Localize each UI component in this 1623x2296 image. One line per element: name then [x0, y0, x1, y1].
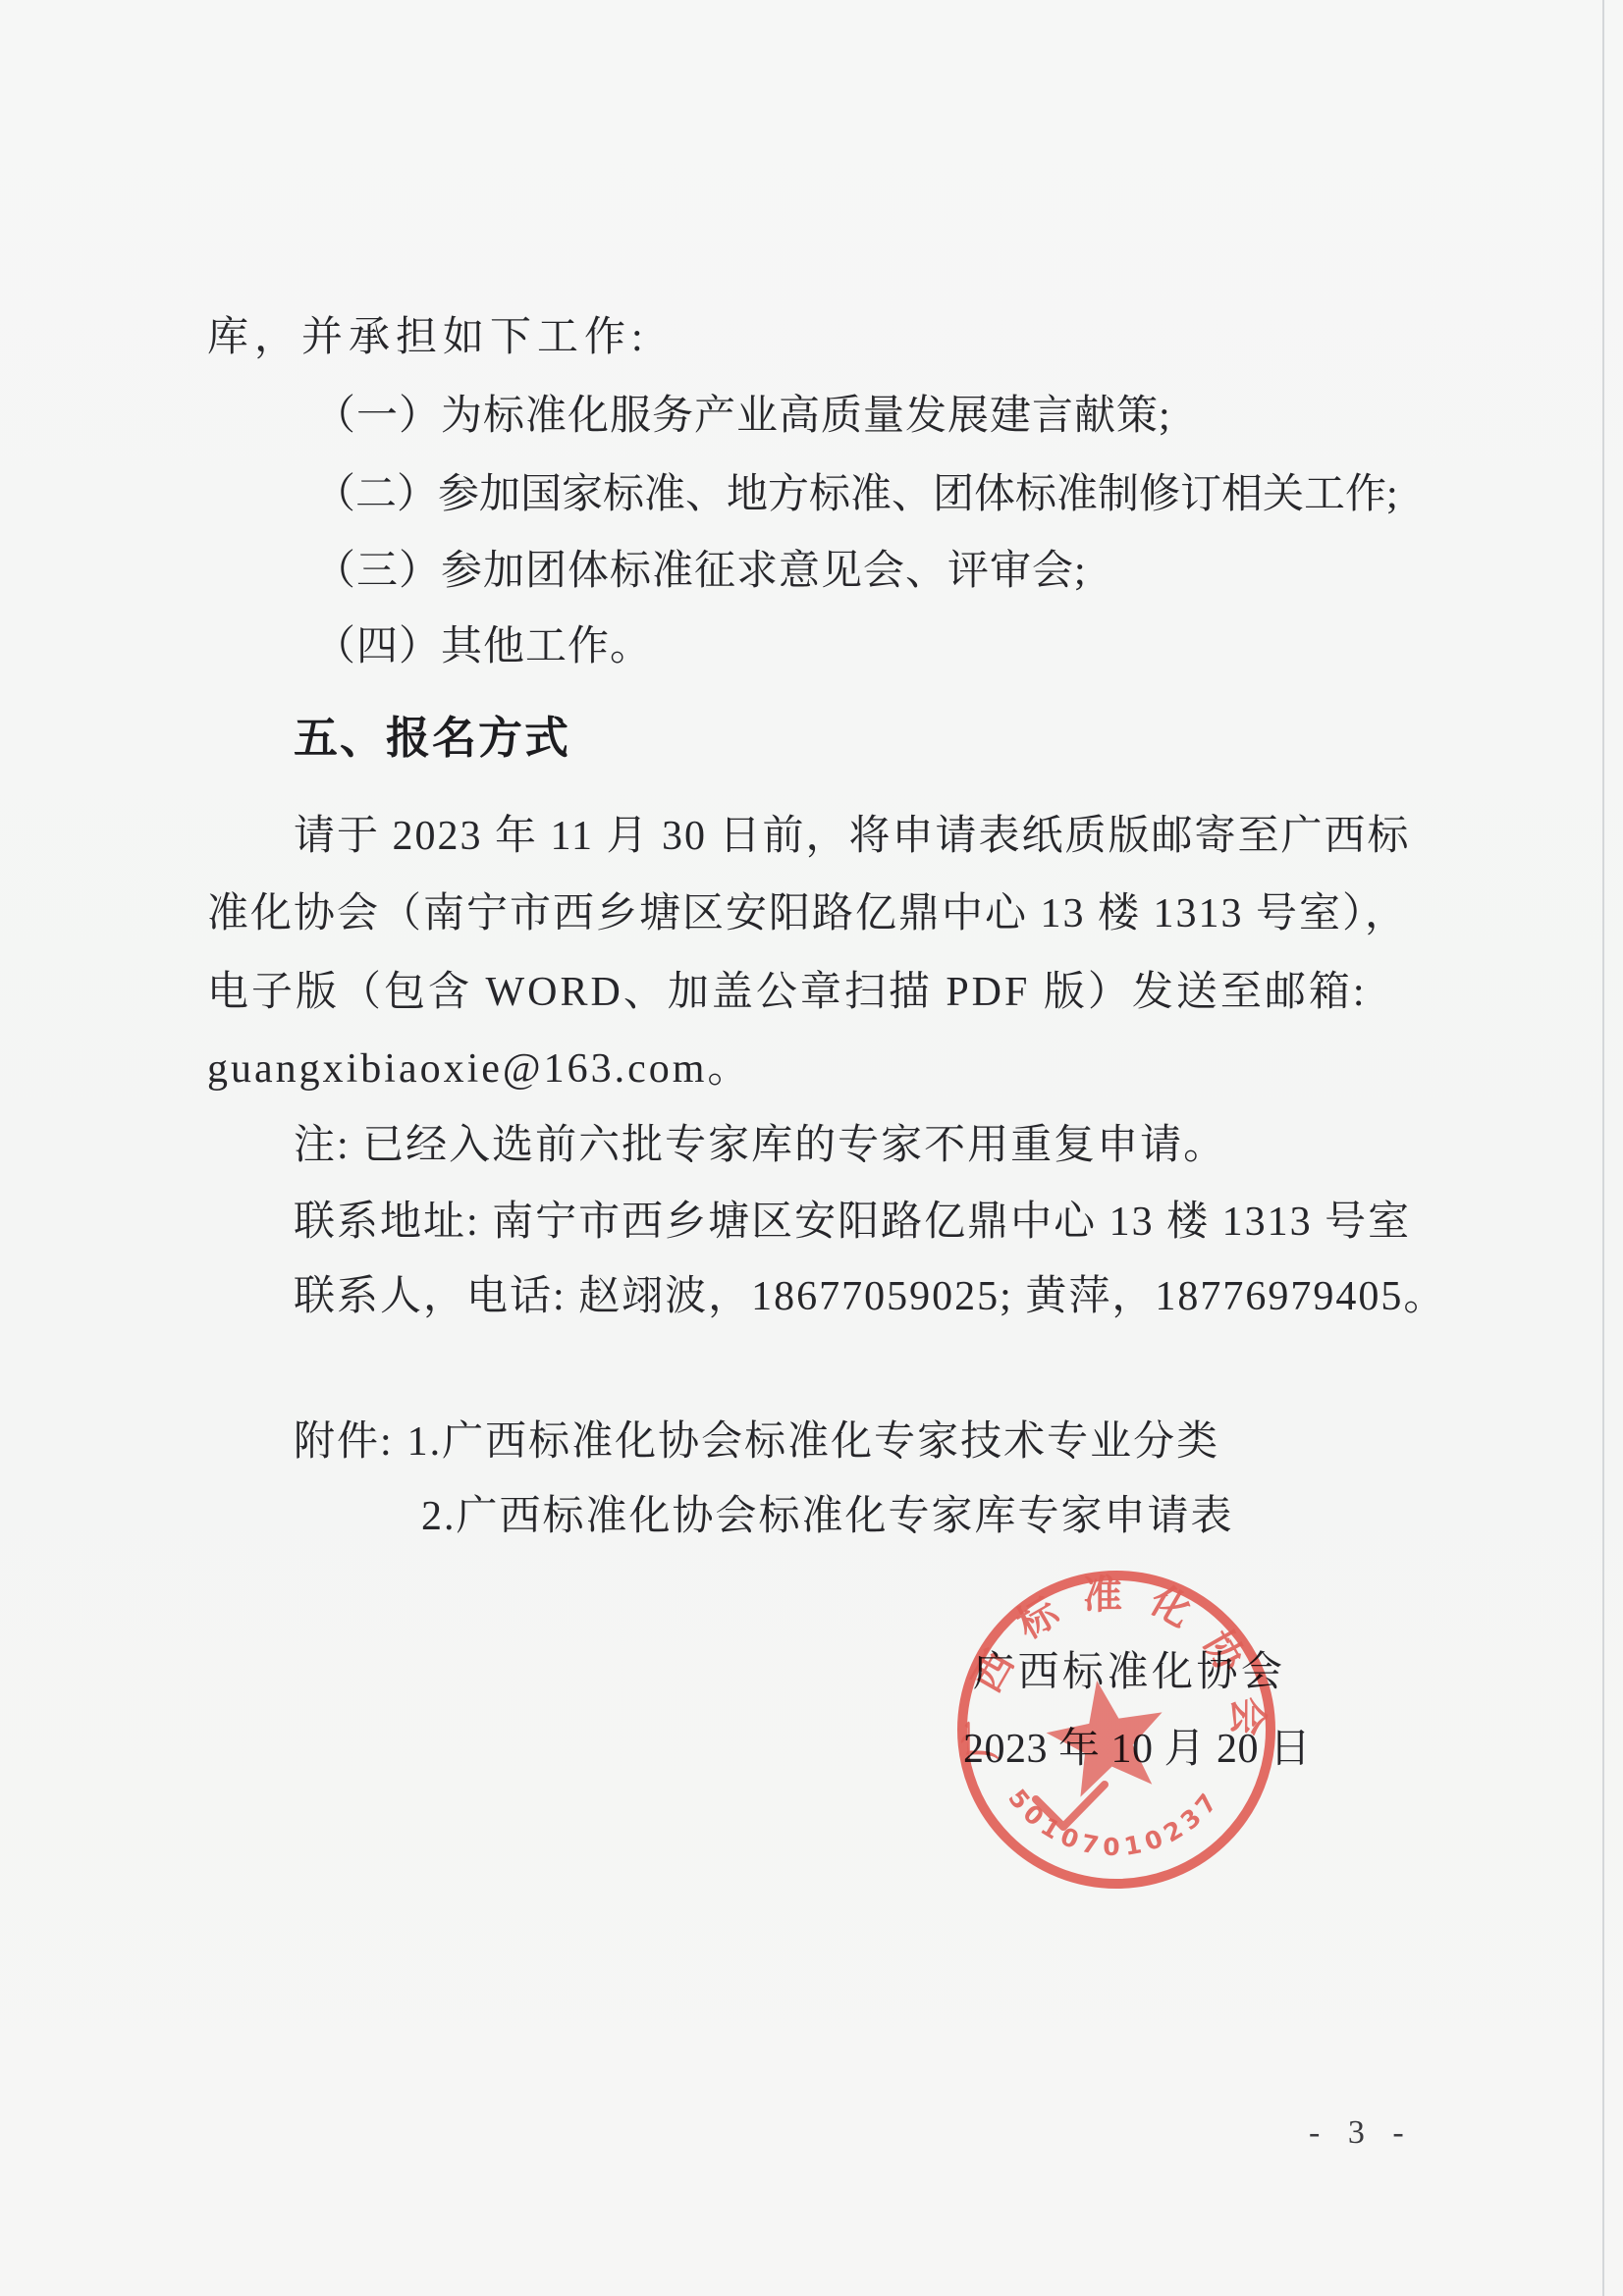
task-item-4: （四）其他工作。	[314, 621, 652, 672]
attachments-label: 附件:	[294, 1416, 394, 1468]
note-line: 注: 已经入选前六批专家库的专家不用重复申请。	[294, 1120, 1226, 1171]
attachment-item-1: 1.广西标准化协会标准化专家技术专业分类	[407, 1416, 1220, 1468]
signature-organization: 广西标准化协会	[973, 1647, 1286, 1698]
document-page: 库，并承担如下工作: （一）为标准化服务产业高质量发展建言献策; （二）参加国家…	[0, 0, 1623, 2296]
page-number: - 3 -	[1309, 2108, 1414, 2159]
email-line: guangxibiaoxie@163.com。	[207, 1043, 751, 1095]
scan-edge-line	[1602, 0, 1604, 2296]
paragraph-line-1: 请于 2023 年 11 月 30 日前，将申请表纸质版邮寄至广西标	[294, 811, 1410, 862]
task-item-3: （三）参加团体标准征求意见会、评审会;	[314, 546, 1087, 597]
attachments-line: 附件: 1.广西标准化协会标准化专家技术专业分类	[294, 1416, 1219, 1468]
intro-line: 库，并承担如下工作:	[207, 312, 649, 363]
attachment-item-2: 2.广西标准化协会标准化专家库专家申请表	[421, 1491, 1234, 1542]
contact-address-line: 联系地址: 南宁市西乡塘区安阳路亿鼎中心 13 楼 1313 号室	[294, 1197, 1411, 1248]
task-item-1: （一）为标准化服务产业高质量发展建言献策;	[314, 391, 1171, 442]
task-item-2: （二）参加国家标准、地方标准、团体标准制修订相关工作;	[314, 469, 1398, 520]
contact-person-line: 联系人，电话: 赵翊波，18677059025; 黄萍，18776979405。	[294, 1271, 1446, 1322]
paragraph-line-2: 准化协会（南宁市西乡塘区安阳路亿鼎中心 13 楼 1313 号室），	[207, 888, 1408, 939]
paragraph-line-3: 电子版（包含 WORD、加盖公章扫描 PDF 版）发送至邮箱:	[207, 967, 1368, 1018]
section-heading: 五、报名方式	[294, 713, 570, 764]
signature-date: 2023 年 10 月 20 日	[963, 1724, 1312, 1775]
